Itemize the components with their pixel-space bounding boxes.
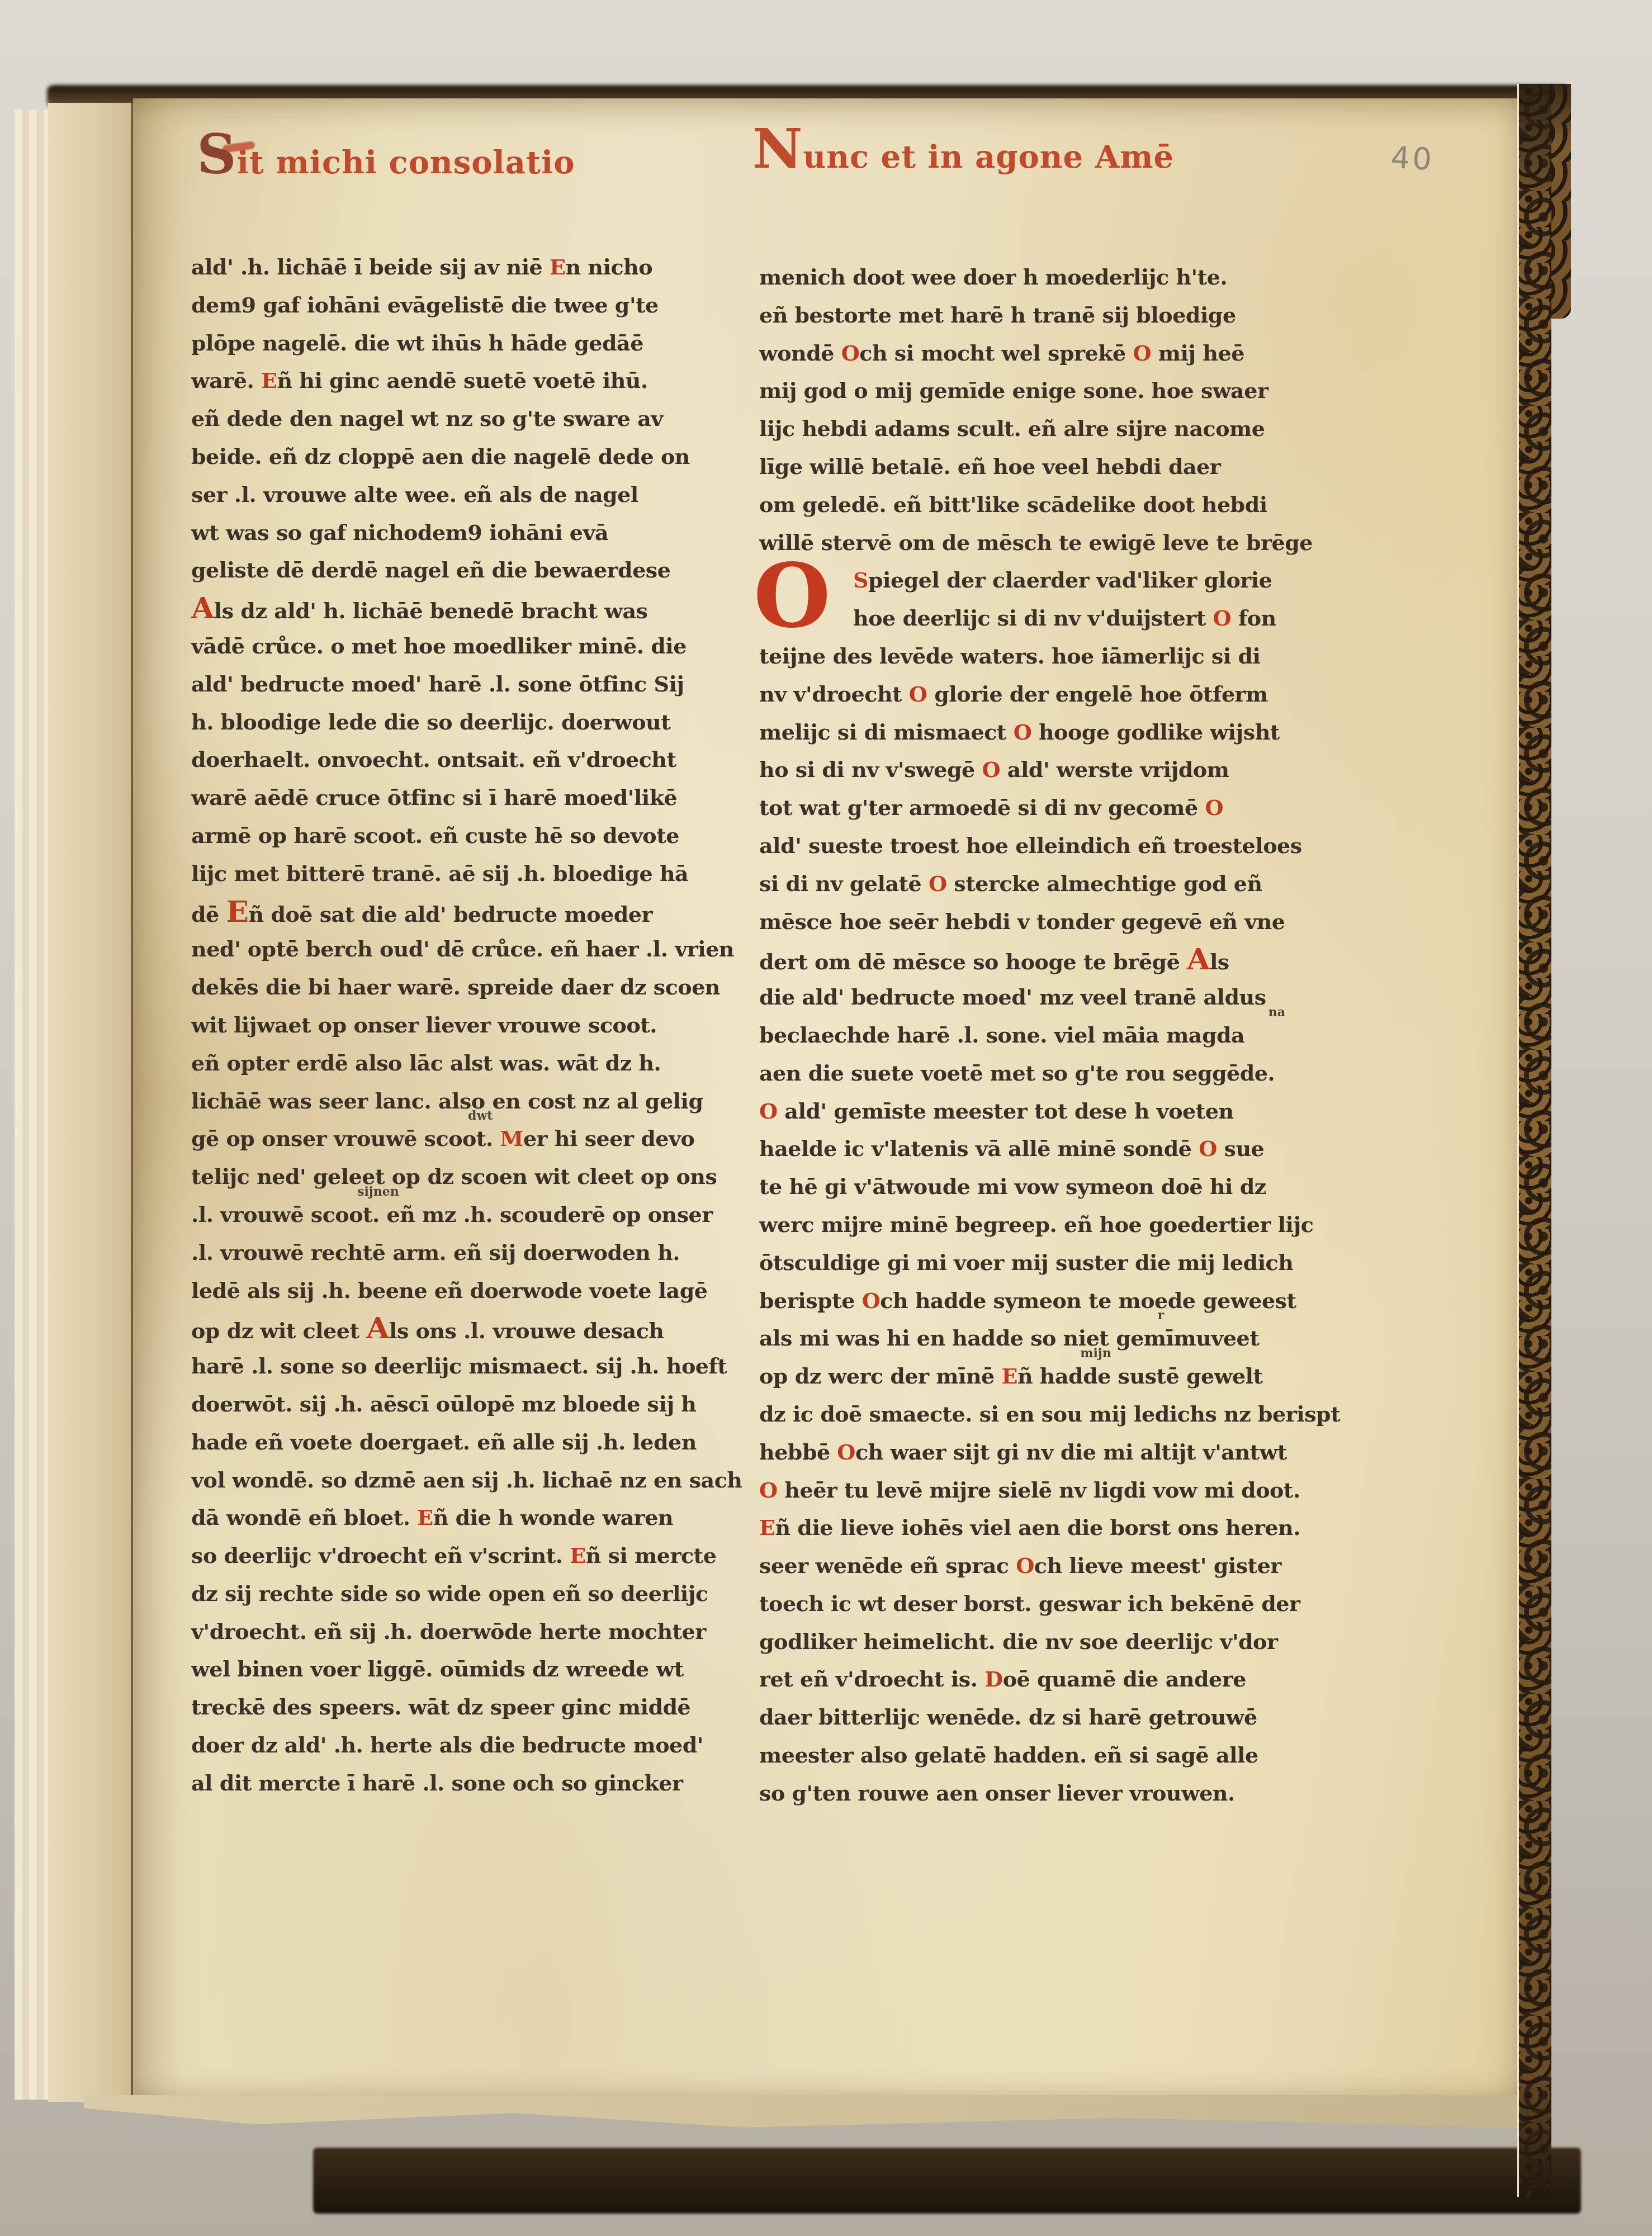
manuscript-line: Eñ die lieve iohēs viel aen die borst on… [759, 1509, 1313, 1547]
drop-cap-initial-O: O [754, 560, 831, 633]
manuscript-line: gē op onser vrouwē scoot. Mer hi seer de… [191, 1120, 745, 1158]
text-column-left: ald' .h. lichāē ī beide sij av niē En ni… [191, 248, 745, 1808]
interlinear-note: r [1158, 1309, 1165, 1321]
manuscript-line: treckē des speers. wāt dz speer ginc mid… [191, 1688, 745, 1726]
rubric-initial: M [500, 1126, 523, 1151]
manuscript-line: .l. vrouwē rechtē arm. eñ sij doerwoden … [191, 1234, 745, 1272]
manuscript-line: dert om dē mēsce so hooge te brēgē Als [759, 940, 1313, 978]
manuscript-line: menich doot wee doer h moederlijc h'te. [759, 258, 1313, 296]
manuscript-line: hoe deerlijc si di nv v'duijstert O fon [759, 599, 1313, 637]
manuscript-line: meester also gelatē hadden. eñ si sagē a… [759, 1736, 1313, 1774]
interlinear-note: dwt [468, 1110, 493, 1122]
manuscript-line: dē Eñ doē sat die ald' bedructe moeder [191, 893, 745, 931]
manuscript-line: ōtsculdige gi mi voer mij suster die mij… [759, 1244, 1313, 1282]
rubric-initial: O [837, 1439, 855, 1465]
rubric-initial: O [929, 871, 947, 896]
manuscript-line: dekēs die bi haer warē. spreide daer dz … [191, 968, 745, 1006]
rubric-initial: O [759, 1098, 778, 1124]
rubric-initial: O [1213, 605, 1232, 631]
rubric-initial: E [550, 254, 565, 279]
manuscript-line: h. bloodige lede die so deerlijc. doerwo… [191, 703, 745, 741]
rubric-initial: O [862, 1288, 881, 1313]
manuscript-line: eñ dede den nagel wt nz so g'te sware av [191, 400, 745, 438]
manuscript-line: berispte Och hadde symeon te moede gewee… [759, 1282, 1313, 1320]
interlinear-note: sijnen [357, 1186, 399, 1198]
manuscript-line: geliste dē derdē nagel eñ die bewaerdese [191, 551, 745, 589]
manuscript-line: doerhaelt. onvoecht. ontsait. eñ v'droec… [191, 741, 745, 779]
manuscript-line: ald' sueste troest hoe elleindich eñ tro… [759, 827, 1313, 865]
underlying-folio-edge [48, 103, 133, 2102]
rubric-initial: E [570, 1543, 585, 1568]
manuscript-line: Spiegel der claerder vad'liker glorie [759, 561, 1313, 599]
manuscript-line: tot wat g'ter armoedē si di nv gecomē O [759, 789, 1313, 827]
rubric-initial: A [366, 1310, 389, 1346]
manuscript-line: mēsce hoe seēr hebdi v tonder gegevē eñ … [759, 903, 1313, 941]
manuscript-line: beclaechde harē .l. sone. viel māia magd… [759, 1016, 1313, 1054]
rubric-initial: D [984, 1666, 1002, 1692]
manuscript-line: hade eñ voete doergaet. eñ alle sij .h. … [191, 1423, 745, 1461]
rubric-initial: O [982, 757, 1000, 782]
manuscript-line: nv v'droecht O glorie der engelē hoe ōtf… [759, 675, 1313, 713]
manuscript-line: aen die suete voetē met so g'te rou segg… [759, 1054, 1313, 1092]
manuscript-line: dā wondē eñ bloet. Eñ die h wonde waren [191, 1499, 745, 1537]
manuscript-line: teijne des levēde waters. hoe iāmerlijc … [759, 637, 1313, 675]
manuscript-line: op dz wit cleet Als ons .l. vrouwe desac… [191, 1309, 745, 1347]
manuscript-line: lijc met bitterē tranē. aē sij .h. bloed… [191, 855, 745, 893]
manuscript-line: .l. vrouwē scoot. eñ mz .h. scouderē op … [191, 1196, 745, 1234]
manuscript-photo: Sit michi consolatio Nunc et in agone Am… [0, 0, 1652, 2236]
manuscript-line: daer bitterlijc wenēde. dz si harē getro… [759, 1698, 1313, 1736]
manuscript-line: dz sij rechte side so wide open eñ so de… [191, 1575, 745, 1613]
manuscript-line: mij god o mij gemīde enige sone. hoe swa… [759, 372, 1313, 410]
manuscript-line: lijc hebdi adams scult. eñ alre sijre na… [759, 410, 1313, 448]
manuscript-line: ho si di nv v'swegē O ald' werste vrijdo… [759, 751, 1313, 789]
leather-binding-edge [1517, 84, 1551, 2197]
manuscript-line: warē. Eñ hi ginc aendē suetē voetē ihū. [191, 362, 745, 400]
manuscript-line: wel binen voer liggē. oūmids dz wreede w… [191, 1650, 745, 1688]
manuscript-line: al dit mercte ī harē .l. sone och so gin… [191, 1764, 745, 1802]
manuscript-line: so deerlijc v'droecht eñ v'scrint. Eñ si… [191, 1537, 745, 1575]
manuscript-line: telijc ned' geleet op dz scoen wit cleet… [191, 1158, 745, 1196]
manuscript-line: plōpe nagelē. die wt ihūs h hāde gedāē [191, 324, 745, 362]
manuscript-line: harē .l. sone so deerlijc mismaect. sij … [191, 1347, 745, 1385]
manuscript-line: wondē Och si mocht wel sprekē O mij heē [759, 334, 1313, 372]
manuscript-line: v'droecht. eñ sij .h. doerwōde herte moc… [191, 1613, 745, 1651]
manuscript-line: die ald' bedructe moed' mz veel tranē al… [759, 978, 1313, 1016]
manuscript-line: om geledē. eñ bitt'like scādelike doot h… [759, 486, 1313, 524]
rubric-initial: O [909, 681, 927, 707]
manuscript-line: ret eñ v'droecht is. Doē quamē die ander… [759, 1660, 1313, 1698]
running-title-right: Nunc et in agone Amē [752, 127, 1174, 176]
manuscript-line: beide. eñ dz cloppē aen die nagelē dede … [191, 438, 745, 476]
manuscript-line: Als dz ald' h. lichāē benedē bracht was [191, 589, 745, 627]
manuscript-line: godliker heimelicht. die nv soe deerlijc… [759, 1623, 1313, 1661]
manuscript-line: willē stervē om de mēsch te ewigē leve t… [759, 524, 1313, 562]
manuscript-line: vādē crůce. o met hoe moedliker minē. di… [191, 627, 745, 665]
manuscript-line: doer dz ald' .h. herte als die bedructe … [191, 1726, 745, 1764]
folio-number-pencil: 40 [1390, 140, 1435, 177]
manuscript-line: dem9 gaf iohāni evāgelistē die twee g'te [191, 286, 745, 324]
manuscript-line: op dz werc der mīnē Eñ hadde sustē gewel… [759, 1357, 1313, 1395]
manuscript-line: wt was so gaf nichodem9 iohāni evā [191, 514, 745, 552]
rubric-initial: O [1205, 795, 1223, 820]
rubric-initial: E [261, 368, 277, 393]
manuscript-line: wit lijwaet op onser liever vrouwe scoot… [191, 1006, 745, 1044]
rubric-initial: E [417, 1505, 433, 1530]
manuscript-line: hebbē Och waer sijt gi nv die mi altijt … [759, 1433, 1313, 1471]
manuscript-line: ned' optē berch oud' dē crůce. eñ haer .… [191, 930, 745, 968]
rubric-initial: O [1016, 1553, 1034, 1578]
manuscript-line: seer wenēde eñ sprac Och lieve meest' gi… [759, 1547, 1313, 1585]
manuscript-line: toech ic wt deser borst. geswar ich bekē… [759, 1585, 1313, 1623]
manuscript-line: vol wondē. so dzmē aen sij .h. lichaē nz… [191, 1461, 745, 1499]
rubric-initial: E [759, 1515, 775, 1540]
interlinear-note: mijn [1080, 1347, 1111, 1359]
interlinear-note: na [1268, 1006, 1285, 1018]
rubric-initial: A [191, 590, 214, 626]
manuscript-line: armē op harē scoot. eñ custe hē so devot… [191, 817, 745, 855]
rubric-initial: E [226, 894, 248, 929]
page-bottom-torn-edge [84, 2095, 1518, 2128]
text-column-right: menich doot wee doer h moederlijc h'te.e… [759, 258, 1313, 1818]
rubric-initial: A [1187, 941, 1210, 977]
manuscript-line: O heēr tu levē mijre sielē nv ligdi vow … [759, 1471, 1313, 1509]
manuscript-line: haelde ic v'latenis vā allē minē sondē O… [759, 1130, 1313, 1168]
rubric-initial: O [1014, 719, 1032, 745]
manuscript-line: si di nv gelatē O stercke almechtige god… [759, 865, 1313, 903]
rubric-initial: O [759, 1477, 778, 1503]
running-title-left: Sit michi consolatio [197, 133, 575, 181]
manuscript-line: ald' bedructe moed' harē .l. sone ōtfinc… [191, 665, 745, 703]
rubric-initial: O [1199, 1136, 1217, 1161]
page-fore-edge-stack [15, 110, 48, 2100]
book-bottom-edge [313, 2148, 1581, 2214]
manuscript-line: doerwōt. sij .h. aēscī oūlopē mz bloede … [191, 1385, 745, 1423]
manuscript-line: dz ic doē smaecte. si en sou mij ledichs… [759, 1395, 1313, 1433]
manuscript-line: eñ opter erdē also lāc alst was. wāt dz … [191, 1044, 745, 1082]
rubric-initial: E [1001, 1363, 1017, 1389]
manuscript-line: ledē als sij .h. beene eñ doerwode voete… [191, 1272, 745, 1310]
manuscript-line: ald' .h. lichāē ī beide sij av niē En ni… [191, 248, 745, 286]
rubric-initial: O [841, 340, 860, 366]
rubric-initial: S [853, 567, 868, 593]
manuscript-line: werc mijre minē begreep. eñ hoe goederti… [759, 1206, 1313, 1244]
manuscript-line: so g'ten rouwe aen onser liever vrouwen. [759, 1774, 1313, 1812]
manuscript-line: ser .l. vrouwe alte wee. eñ als de nagel [191, 476, 745, 514]
manuscript-line: te hē gi v'ātwoude mi vow symeon doē hi … [759, 1168, 1313, 1206]
manuscript-line: melijc si di mismaect O hooge godlike wi… [759, 713, 1313, 751]
rubric-initial: O [1133, 340, 1151, 366]
manuscript-line: līge willē betalē. eñ hoe veel hebdi dae… [759, 448, 1313, 486]
manuscript-line: O ald' gemīste meester tot dese h voeten [759, 1092, 1313, 1130]
manuscript-line: als mi was hi en hadde so niet gemīmuvee… [759, 1319, 1313, 1357]
manuscript-line: eñ bestorte met harē h tranē sij bloedig… [759, 296, 1313, 334]
manuscript-line: warē aēdē cruce ōtfinc si ī harē moed'li… [191, 779, 745, 817]
